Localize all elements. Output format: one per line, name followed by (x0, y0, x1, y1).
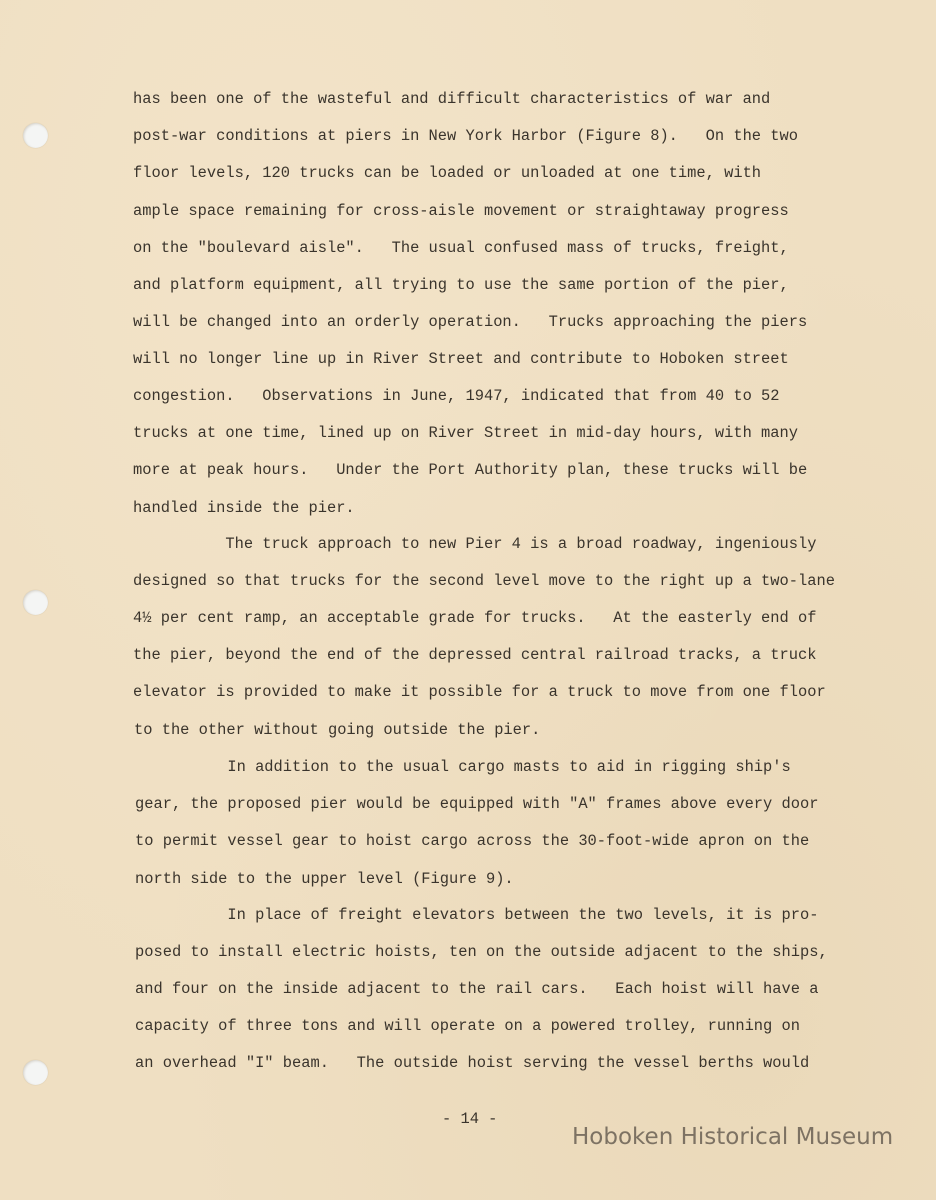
paragraph-start-line: The truck approach to new Pier 4 is a br… (133, 534, 816, 554)
text-line: 4½ per cent ramp, an acceptable grade fo… (133, 608, 816, 628)
punch-hole-bottom (23, 1060, 48, 1085)
text-line: designed so that trucks for the second l… (133, 571, 835, 591)
text-line: more at peak hours. Under the Port Autho… (133, 460, 807, 480)
text-line: ample space remaining for cross-aisle mo… (133, 201, 789, 221)
text-line: gear, the proposed pier would be equippe… (135, 794, 818, 814)
text-line: floor levels, 120 trucks can be loaded o… (133, 163, 761, 183)
text-line: on the "boulevard aisle". The usual conf… (133, 238, 789, 258)
text-line: an overhead "I" beam. The outside hoist … (135, 1053, 809, 1073)
text-line: has been one of the wasteful and difficu… (133, 89, 770, 109)
text-line: handled inside the pier. (133, 498, 355, 518)
text-line: posed to install electric hoists, ten on… (135, 942, 828, 962)
text-line: elevator is provided to make it possible… (133, 682, 826, 702)
text-line: the pier, beyond the end of the depresse… (133, 645, 816, 665)
text-line: and platform equipment, all trying to us… (133, 275, 789, 295)
paragraph-start-line: In place of freight elevators between th… (135, 905, 818, 925)
text-line: to the other without going outside the p… (134, 720, 540, 740)
paragraph-start-line: In addition to the usual cargo masts to … (135, 757, 791, 777)
text-line: trucks at one time, lined up on River St… (133, 423, 798, 443)
page-number: - 14 - (442, 1109, 497, 1129)
punch-hole-middle (23, 590, 48, 615)
text-line: congestion. Observations in June, 1947, … (133, 386, 780, 406)
text-line: will no longer line up in River Street a… (133, 349, 789, 369)
text-line: capacity of three tons and will operate … (135, 1016, 800, 1036)
museum-watermark: Hoboken Historical Museum (572, 1122, 893, 1152)
scanned-document-page: has been one of the wasteful and difficu… (0, 0, 936, 1200)
text-line: will be changed into an orderly operatio… (133, 312, 807, 332)
text-line: post-war conditions at piers in New York… (133, 126, 798, 146)
text-line: to permit vessel gear to hoist cargo acr… (135, 831, 809, 851)
text-line: and four on the inside adjacent to the r… (135, 979, 818, 999)
text-line: north side to the upper level (Figure 9)… (135, 869, 514, 889)
punch-hole-top (23, 123, 48, 148)
